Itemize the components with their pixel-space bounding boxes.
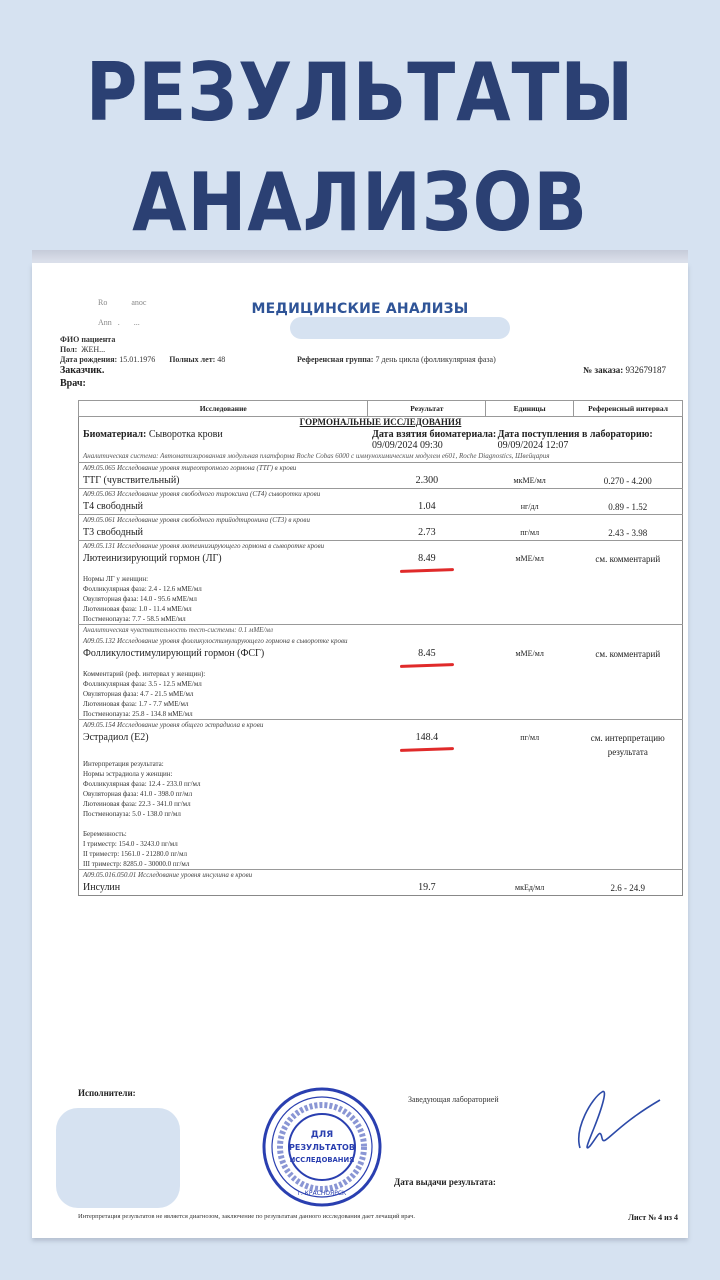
test-code: A09.05.061 Исследование уровня свободног… (79, 515, 683, 527)
table-row: Фолликулостимулирующий гормон (ФСГ)8.45м… (79, 647, 683, 669)
test-code: A09.05.065 Исследование уровня тиреотроп… (79, 463, 683, 475)
note-line: Постменопауза: 7.7 - 58.5 мМЕ/мл (83, 614, 678, 624)
note-line: I триместр: 154.0 - 3243.0 пг/мл (83, 839, 678, 849)
test-pre-note: Аналитическая чувствительность тест-сист… (79, 625, 683, 637)
disclaimer: Интерпретация результатов не является ди… (78, 1213, 415, 1220)
test-notes: Комментарий (реф. интервал у женщин):Фол… (79, 669, 683, 720)
test-notes: Интерпретация результата:Нормы эстрадиол… (79, 759, 683, 870)
age-value: 48 (217, 355, 225, 364)
test-result: 19.7 (368, 881, 486, 896)
header-reference: Референсный интервал (574, 401, 683, 417)
dob-value: 15.01.1976 (119, 355, 155, 364)
note-line: III триместр: 8285.0 - 30000.0 пг/мл (83, 859, 678, 869)
test-reference: 0.89 - 1.52 (574, 500, 683, 515)
header-units: Единицы (486, 401, 574, 417)
document-top-edge (32, 250, 688, 264)
test-code: A09.05.154 Исследование уровня общего эс… (79, 720, 683, 732)
test-name: Эстрадиол (Е2) (79, 731, 368, 759)
svg-text:ДЛЯ: ДЛЯ (311, 1130, 333, 1140)
lab-report-document: Ro anoc Ann . ... МЕДИЦИНСКИЕ АНАЛИЗЫ ФИ… (32, 263, 688, 1238)
lab-head-label: Заведующая лабораторией (408, 1095, 499, 1104)
table-row: Т3 свободный2.73пг/мл2.43 - 3.98 (79, 526, 683, 541)
test-reference: см. интерпретацию результата (574, 731, 683, 759)
red-highlight-underline (400, 663, 454, 668)
note-line: Нормы эстрадиола у женщин: (83, 769, 678, 779)
note-line: Комментарий (реф. интервал у женщин): (83, 669, 678, 679)
sex-value: ЖЕН... (81, 345, 105, 354)
headline-line-1: РЕЗУЛЬТАТЫ (43, 38, 677, 148)
test-unit: мМЕ/мл (486, 552, 574, 574)
test-result: 148.4 (368, 731, 486, 759)
note-line: II триместр: 1561.0 - 21280.0 пг/мл (83, 849, 678, 859)
note-line: Лютеиновая фаза: 1.0 - 11.4 мМЕ/мл (83, 604, 678, 614)
headline-line-2: АНАЛИЗОВ (43, 148, 677, 258)
results-table: Исследование Результат Единицы Референсн… (78, 400, 683, 896)
doctor-label: Врач: (60, 378, 86, 389)
headline: РЕЗУЛЬТАТЫ АНАЛИЗОВ (43, 38, 677, 258)
note-line: Овуляторная фаза: 41.0 - 398.0 пг/мл (83, 789, 678, 799)
customer-label: Заказчик. (60, 365, 104, 376)
note-line: Беременность: (83, 829, 678, 839)
header-test: Исследование (79, 401, 368, 417)
test-unit: нг/дл (486, 500, 574, 515)
table-row: Т4 свободный1.04нг/дл0.89 - 1.52 (79, 500, 683, 515)
note-line (83, 819, 678, 829)
test-reference: см. комментарий (574, 647, 683, 669)
table-row: Инсулин19.7мкЕд/мл2.6 - 24.9 (79, 881, 683, 896)
test-name: Т3 свободный (79, 526, 368, 541)
test-reference: см. комментарий (574, 552, 683, 574)
biomaterial-row: Биоматериал: Сыворотка крови Дата взятия… (79, 427, 683, 451)
test-name: Лютеинизирующий гормон (ЛГ) (79, 552, 368, 574)
table-header-row: Исследование Результат Единицы Референсн… (79, 401, 683, 417)
red-highlight-underline (400, 568, 454, 573)
lab-date: 09/09/2024 12:07 (498, 440, 678, 451)
test-code: A09.05.016.050.01 Исследование уровня ин… (79, 870, 683, 882)
sheet-number: Лист № 4 из 4 (628, 1213, 678, 1222)
test-unit: пг/мл (486, 731, 574, 759)
svg-text:г. КРАСНОЯРСК: г. КРАСНОЯРСК (298, 1190, 347, 1197)
note-line: Фолликулярная фаза: 3.5 - 12.5 мМЕ/мл (83, 679, 678, 689)
test-reference: 0.270 - 4.200 (574, 474, 683, 489)
reference-group: Референсная группа: 7 день цикла (фоллик… (297, 355, 496, 365)
svg-text:РЕЗУЛЬТАТОВ: РЕЗУЛЬТАТОВ (289, 1143, 355, 1152)
note-line: Постменопауза: 5.0 - 138.0 пг/мл (83, 809, 678, 819)
note-line: Фолликулярная фаза: 2.4 - 12.6 мМЕ/мл (83, 584, 678, 594)
test-result: 2.73 (368, 526, 486, 541)
section-title: ГОРМОНАЛЬНЫЕ ИССЛЕДОВАНИЯ (79, 417, 683, 428)
issue-date-label: Дата выдачи результата: (394, 1177, 496, 1187)
note-line: Фолликулярная фаза: 12.4 - 233.0 пг/мл (83, 779, 678, 789)
note-line: Овуляторная фаза: 4.7 - 21.5 мМЕ/мл (83, 689, 678, 699)
biomaterial-value: Сыворотка крови (149, 429, 223, 440)
test-notes: Нормы ЛГ у женщин:Фолликулярная фаза: 2.… (79, 574, 683, 625)
red-highlight-underline (400, 747, 454, 752)
svg-text:ИССЛЕДОВАНИЯ: ИССЛЕДОВАНИЯ (290, 1156, 355, 1164)
signature (572, 1088, 664, 1158)
note-line: Нормы ЛГ у женщин: (83, 574, 678, 584)
note-line: Овуляторная фаза: 14.0 - 95.6 мМЕ/мл (83, 594, 678, 604)
table-row: Лютеинизирующий гормон (ЛГ)8.49мМЕ/млсм.… (79, 552, 683, 574)
test-unit: мкЕд/мл (486, 881, 574, 896)
redaction-box (56, 1108, 180, 1208)
fio-label: ФИО пациента (60, 335, 115, 344)
patient-info: ФИО пациента Пол: ЖЕН... Дата рождения: … (60, 335, 225, 365)
test-name: Инсулин (79, 881, 368, 896)
test-unit: пг/мл (486, 526, 574, 541)
test-reference: 2.6 - 24.9 (574, 881, 683, 896)
lab-stamp: ДЛЯ РЕЗУЛЬТАТОВ ИССЛЕДОВАНИЯ г. КРАСНОЯР… (260, 1085, 384, 1209)
test-unit: мМЕ/мл (486, 647, 574, 669)
test-result: 8.49 (368, 552, 486, 574)
table-row: ТТГ (чувствительный)2.300мкМЕ/мл0.270 - … (79, 474, 683, 489)
test-result: 1.04 (368, 500, 486, 515)
test-result: 2.300 (368, 474, 486, 489)
redacted-lab-address: Ann . ... (98, 318, 140, 327)
note-line: Интерпретация результата: (83, 759, 678, 769)
test-code: A09.05.132 Исследование уровня фолликуло… (79, 636, 683, 647)
test-reference: 2.43 - 3.98 (574, 526, 683, 541)
performers-label: Исполнители: (78, 1088, 136, 1098)
redaction-pill (290, 317, 510, 339)
order-number: № заказа: 932679187 (583, 365, 666, 375)
analytical-method: Аналитическая система: Автоматизированна… (79, 451, 683, 463)
test-unit: мкМЕ/мл (486, 474, 574, 489)
note-line: Лютеиновая фаза: 1.7 - 7.7 мМЕ/мл (83, 699, 678, 709)
header-result: Результат (368, 401, 486, 417)
test-name: ТТГ (чувствительный) (79, 474, 368, 489)
test-result: 8.45 (368, 647, 486, 669)
note-line: Постменопауза: 25.8 - 134.8 мМЕ/мл (83, 709, 678, 719)
test-code: A09.05.131 Исследование уровня лютеинизи… (79, 541, 683, 553)
test-name: Фолликулостимулирующий гормон (ФСГ) (79, 647, 368, 669)
table-row: Эстрадиол (Е2)148.4пг/млсм. интерпретаци… (79, 731, 683, 759)
test-code: A09.05.063 Исследование уровня свободног… (79, 489, 683, 501)
document-title: МЕДИЦИНСКИЕ АНАЛИЗЫ (32, 301, 688, 317)
test-name: Т4 свободный (79, 500, 368, 515)
note-line: Лютеиновая фаза: 22.3 - 341.0 пг/мл (83, 799, 678, 809)
